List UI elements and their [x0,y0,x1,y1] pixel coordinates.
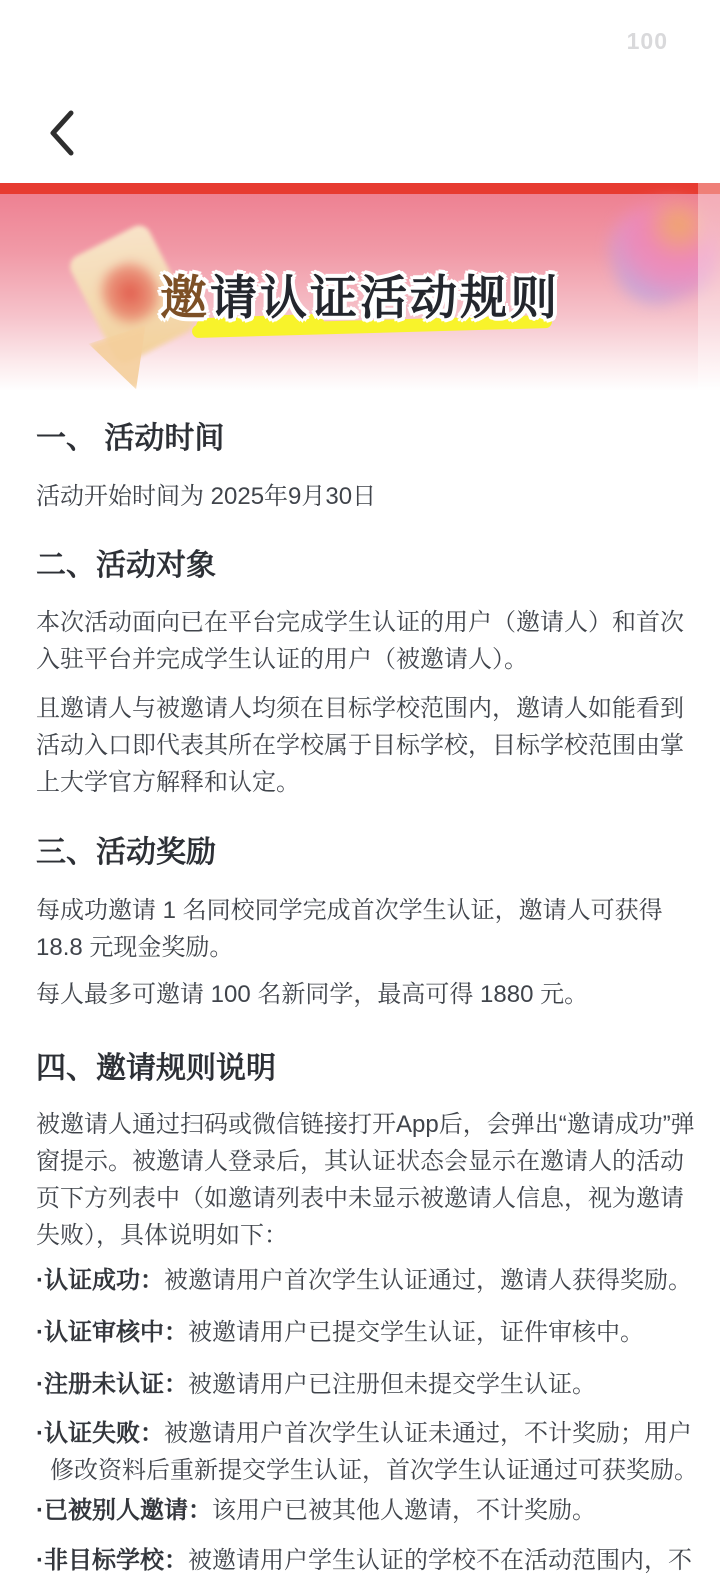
paragraph-line: 页下方列表中（如邀请列表中未显示被邀请人信息，视为邀请 [36,1180,720,1217]
list-item-term: ·注册未认证： [36,1371,188,1398]
list-item-term: ·认证审核中： [36,1319,188,1346]
paragraph: 本次活动面向已在平台完成学生认证的用户（邀请人）和首次 入驻平台并完成学生认证的… [36,604,720,678]
list-item-text: 被邀请用户首次学生认证通过，邀请人获得奖励。 [164,1267,692,1294]
list-item: ·认证成功：被邀请用户首次学生认证通过，邀请人获得奖励。 [36,1262,720,1299]
paragraph-line: 活动开始时间为 2025年9月30日 [36,478,720,515]
paragraph-line: 每成功邀请 1 名同校同学完成首次学生认证，邀请人可获得 [36,892,720,929]
paragraph-line: 被邀请人通过扫码或微信链接打开App后，会弹出“邀请成功”弹 [36,1106,720,1143]
list-item-text: 被邀请用户已注册但未提交学生认证。 [188,1371,596,1398]
section-heading-2: 二、活动对象 [36,549,690,583]
section-heading-1: 一、 活动时间 [36,422,690,456]
list-item-text: 被邀请用户学生认证的学校不在活动范围内，不 [188,1547,692,1574]
paragraph: 且邀请人与被邀请人均须在目标学校范围内，邀请人如能看到 活动入口即代表其所在学校… [36,690,720,801]
list-item: ·注册未认证：被邀请用户已注册但未提交学生认证。 [36,1366,720,1403]
list-item: ·非目标学校：被邀请用户学生认证的学校不在活动范围内，不 [36,1542,720,1579]
paragraph-line: 活动入口即代表其所在学校属于目标学校，目标学校范围由掌 [36,727,720,764]
paragraph-line: 18.8 元现金奖励。 [36,929,720,966]
list-item-text-line2: 修改资料后重新提交学生认证，首次学生认证通过可获奖励。 [36,1452,720,1489]
list-item-text: 该用户已被其他人邀请，不计奖励。 [212,1497,596,1524]
list-item-term: ·已被别人邀请： [36,1497,212,1524]
paragraph-line: 本次活动面向已在平台完成学生认证的用户（邀请人）和首次 [36,604,720,641]
list-item-term: ·认证成功： [36,1267,164,1294]
paragraph: 被邀请人通过扫码或微信链接打开App后，会弹出“邀请成功”弹 窗提示。被邀请人登… [36,1106,720,1254]
list-item: ·已被别人邀请：该用户已被其他人邀请，不计奖励。 [36,1492,720,1529]
list-item: ·认证审核中：被邀请用户已提交学生认证，证件审核中。 [36,1314,720,1351]
list-item-term: ·非目标学校： [36,1547,188,1574]
paragraph-line: 每人最多可邀请 100 名新同学，最高可得 1880 元。 [36,976,720,1013]
paragraph-line: 窗提示。被邀请人登录后，其认证状态会显示在邀请人的活动 [36,1143,720,1180]
section-heading-3: 三、活动奖励 [36,836,690,870]
paragraph-line: 失败），具体说明如下： [36,1217,720,1254]
paragraph-line: 上大学官方解释和认定。 [36,764,720,801]
list-item-text: 被邀请用户首次学生认证未通过，不计奖励；用户 [164,1420,692,1447]
list-item-term: ·认证失败： [36,1420,164,1447]
paragraph-line: 入驻平台并完成学生认证的用户（被邀请人）。 [36,641,720,678]
section-heading-4: 四、邀请规则说明 [36,1052,690,1086]
paragraph: 每成功邀请 1 名同校同学完成首次学生认证，邀请人可获得 18.8 元现金奖励。 [36,892,720,966]
list-item-text: 被邀请用户已提交学生认证，证件审核中。 [188,1319,644,1346]
rules-content: 一、 活动时间 活动开始时间为 2025年9月30日 二、活动对象 本次活动面向… [0,0,720,1584]
list-item: ·认证失败：被邀请用户首次学生认证未通过，不计奖励；用户 修改资料后重新提交学生… [36,1415,720,1489]
paragraph-line: 且邀请人与被邀请人均须在目标学校范围内，邀请人如能看到 [36,690,720,727]
